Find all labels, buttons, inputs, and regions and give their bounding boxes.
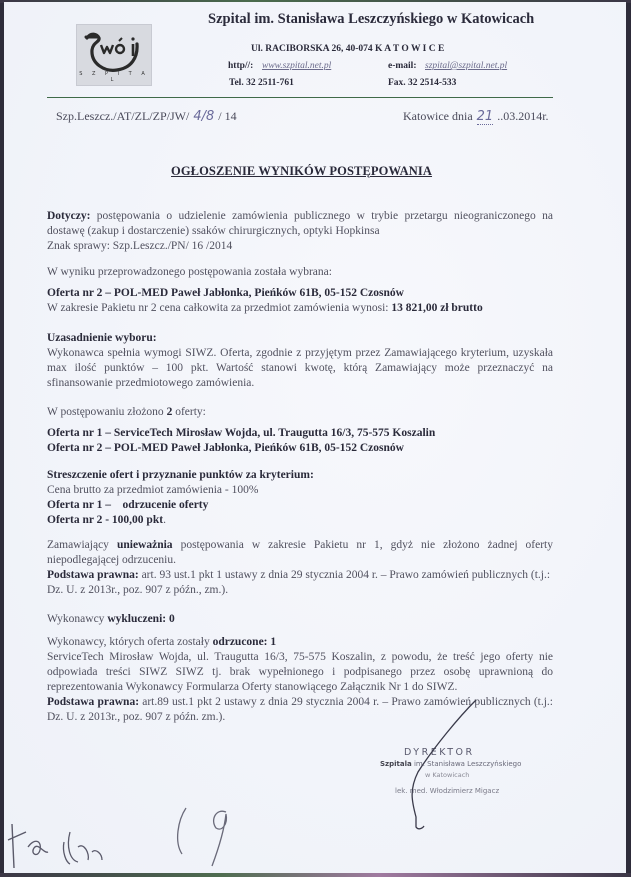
offers-intro: W postępowaniu złożono [47,406,167,418]
document-title: OGŁOSZENIE WYNIKÓW POSTĘPOWANIA [171,164,432,179]
document-date: Katowice dnia21..03.2014r. [403,109,549,124]
subject-text: postępowania o udzielenie zamówienia pub… [47,210,553,237]
stamp-institution-bold: Szpitala [380,760,412,768]
selection-intro: W wyniku przeprowadzonego postępowania z… [47,265,553,280]
offer-list-item: Oferta nr 1 – ServiceTech Mirosław Wojda… [47,427,435,439]
excluded-before: Wykonawcy [47,613,107,625]
selected-offer: Oferta nr 2 – POL-MED Paweł Jabłonka, Pi… [47,287,404,299]
logo-caption: S Z P I T A L [77,71,151,83]
stamp-city: w Katowicach [425,771,469,779]
justification-section: Uzasadnienie wyboru: Wykonawca spełnia w… [47,331,553,391]
reference-suffix: / 14 [218,109,236,123]
subject-section: Dotyczy: postępowania o udzielenie zamów… [47,209,553,254]
institution-address: Ul. RACIBORSKA 26, 40-074 K A T O W I C … [251,44,444,54]
offer-list-item: Oferta nr 2 – POL-MED Paweł Jabłonka, Pi… [47,442,404,454]
fax-number: Fax. 32 2514-533 [388,78,456,88]
annulment-keyword: unieważnia [117,539,173,551]
annulment-section: Zamawiający unieważnia postępowania w za… [47,538,553,598]
price-value: 13 821,00 zł brutto [391,302,482,314]
rejected-count: odrzucone: 1 [213,636,277,648]
excluded-count: wykluczeni: 0 [107,613,174,625]
date-prefix: Katowice dnia [403,109,473,123]
excluded-section: Wykonawcy wykluczeni: 0 [47,612,553,627]
letterhead-divider [47,97,553,98]
document-page: S Z P I T A L Szpital im. Stanisława Les… [4,2,626,873]
annulment-legal-label: Podstawa prawna: [47,569,139,581]
handwritten-day: 21 [477,109,494,125]
reference-prefix: Szp.Leszcz./AT/ZL/ZP/JW/ [56,109,189,123]
email-link[interactable]: szpital@szpital.net.pl [425,61,507,71]
scoring-result: Oferta nr 1 – odrzucenie oferty [47,499,208,511]
rejected-section: Wykonawcy, których oferta zostały odrzuc… [47,635,553,725]
twoj-smile-icon [83,28,145,74]
stamp-institution-rest: im. Stanisława Leszczyńskiego [412,760,522,768]
scoring-result: Oferta nr 2 - 100,00 pkt [47,514,163,526]
scoring-criterion: Cena brutto za przedmiot zamówienia - 10… [47,483,553,498]
stamp-title: DYREKTOR [404,747,475,758]
rejected-text: ServiceTech Mirosław Wojda, ul. Traugutt… [47,650,553,695]
annulment-before: Zamawiający [47,539,117,551]
case-number: Znak sprawy: Szp.Leszcz./PN/ 16 /2014 [47,239,553,254]
scan-border-bottom [0,873,631,877]
stamp-institution: Szpitala im. Stanisława Leszczyńskiego [380,760,521,768]
scoring-section: Streszczenie ofert i przyznanie punktów … [47,468,553,528]
justification-label: Uzasadnienie wyboru: [47,332,157,344]
selection-section: W wyniku przeprowadzonego postępowania z… [47,265,553,316]
reference-number: Szp.Leszcz./AT/ZL/ZP/JW/4/8/ 14 [56,109,237,124]
subject-label: Dotyczy: [47,210,90,222]
website-link[interactable]: www.szpital.net.pl [262,61,331,71]
rejected-before: Wykonawcy, których oferta zostały [47,636,213,648]
date-suffix: ..03.2014r. [497,109,548,123]
rejected-legal-label: Podstawa prawna: [47,696,139,708]
handwritten-reference: 4/8 [193,109,214,124]
stamp-director-name: lek. med. Włodzimierz Migacz [395,787,499,795]
scoring-tail: . [163,514,166,526]
phone-number: Tel. 32 2511-761 [229,78,294,88]
justification-text: Wykonawca spełnia wymogi SIWZ. Oferta, z… [47,346,553,391]
hospital-logo: S Z P I T A L [76,24,152,86]
web-label: http//: [228,61,253,71]
handwriting-stroke [8,824,26,868]
offers-section: W postępowaniu złożono 2 oferty: Oferta … [47,405,553,456]
scoring-label: Streszczenie ofert i przyznanie punktów … [47,469,314,481]
email-label: e-mail: [388,61,417,71]
institution-name: Szpital im. Stanisława Leszczyńskiego w … [208,11,534,28]
price-text: W zakresie Pakietu nr 2 cena całkowita z… [47,302,391,314]
offers-intro-tail: oferty: [172,406,206,418]
